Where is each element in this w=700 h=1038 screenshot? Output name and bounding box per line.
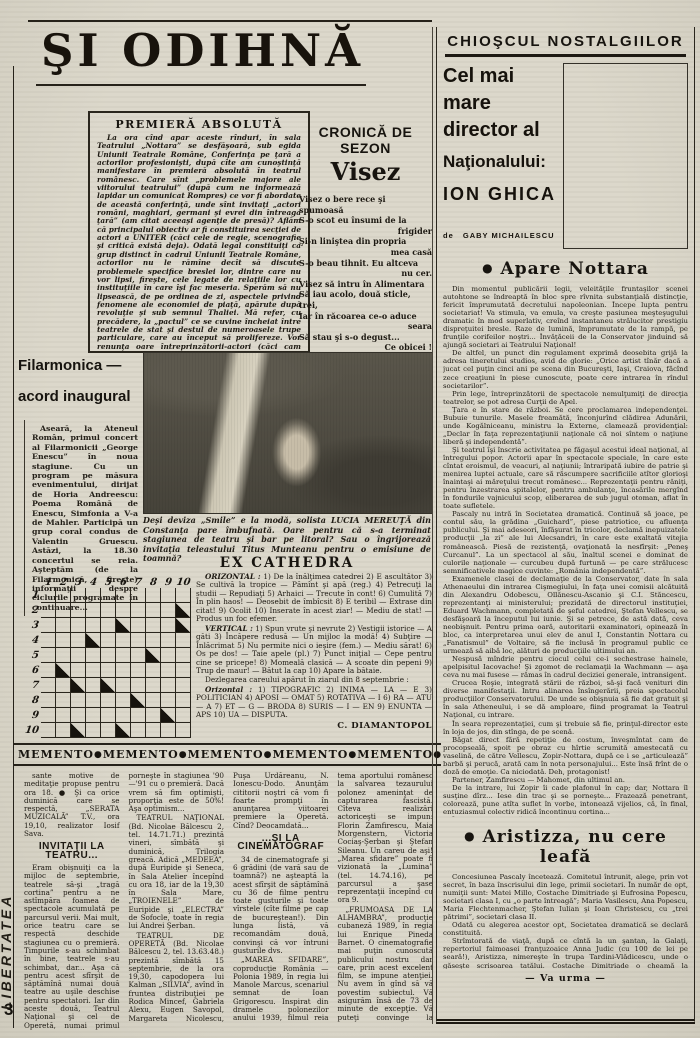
chioscul-nostalgiilor-section: CHIOŞCUL NOSTALGIILOR Cel mai mare direc… <box>436 27 695 1024</box>
crossword-cell <box>101 708 116 723</box>
article-paragraph: Partener, Zamfirescu — Mahomet, din ulti… <box>443 776 688 784</box>
poem-line: nu cer. <box>299 268 432 279</box>
crossword-cell <box>101 678 116 693</box>
crossword-cell <box>41 588 56 603</box>
crossword-clues: ORIZONTAL : 1) De la înălţimea catedrei … <box>196 573 432 730</box>
poem-line: Iar în răcoarea ce-o aduce <box>299 311 432 322</box>
crossword-cell <box>116 588 131 603</box>
to-be-continued: — Va urma — <box>443 973 688 984</box>
crossword-cell <box>131 618 146 633</box>
article-paragraph: Şi teatrul îşi înscrie activitatea pe fă… <box>443 446 688 510</box>
crossword-col-number: 6 <box>115 577 132 588</box>
crossword-cell <box>116 663 131 678</box>
crossword-cell <box>56 588 71 603</box>
memento-paragraph: TEATRUL NAŢIONAL (Bd. Nicolae Bălcescu 2… <box>129 814 225 930</box>
headline: Cel mai mare director al Naţionalului: I… <box>443 63 557 249</box>
crossword-cell <box>176 663 191 678</box>
crossword-row-number: 8 <box>23 695 42 706</box>
crossword-cells <box>41 633 191 648</box>
crossword-cell <box>131 633 146 648</box>
bullet-icon: ● <box>482 261 493 275</box>
article-paragraph: De la intrare, lui Zopir îi cade plafonu… <box>443 784 688 816</box>
crossword-row-number: 2 <box>23 605 42 616</box>
poem-line: mea casă <box>299 247 432 258</box>
byline-de: de <box>443 231 454 240</box>
crossword-cell <box>71 693 86 708</box>
memento-paragraph: sante motive de meditaţie propuse pentru… <box>24 772 120 838</box>
filarmonica-title-line2: acord inaugural <box>18 381 140 412</box>
crossword-col-number: 5 <box>100 577 117 588</box>
crossword-cell <box>56 648 71 663</box>
crossword-cell <box>161 678 176 693</box>
crossword-col-number: 7 <box>130 577 147 588</box>
article-paragraph: De altfel, un punct din regulament expri… <box>443 349 688 389</box>
clue-paragraph: VERTICAL : 1) Spun vrute şi nevrute 2) V… <box>196 625 432 676</box>
crossword-row: 6 <box>24 663 191 678</box>
crossword-cell <box>176 693 191 708</box>
crossword-cell <box>101 663 116 678</box>
crossword-cell <box>56 723 71 738</box>
crossword-row: 1 <box>24 588 191 603</box>
crossword-cell <box>161 723 176 738</box>
crossword-cell <box>56 708 71 723</box>
crossword-cell <box>146 603 161 618</box>
crossword-row: 3 <box>24 618 191 633</box>
crossword-cell <box>176 708 191 723</box>
crossword-cell <box>161 708 176 723</box>
crossword-cells <box>41 693 191 708</box>
subhead1-text: Apare Nottara <box>501 259 649 279</box>
memento-band-dot: ● <box>264 750 273 760</box>
crossword-cell <box>56 603 71 618</box>
clue-paragraph: Dezlegarea careului apărut în ziarul din… <box>196 676 432 684</box>
poem-line: seara <box>299 321 432 332</box>
crossword-cell <box>71 603 86 618</box>
crossword-cell <box>86 633 101 648</box>
crossword-cell <box>86 618 101 633</box>
crossword-cell <box>41 603 56 618</box>
crossword-cell <box>41 648 56 663</box>
crossword-cell <box>131 603 146 618</box>
poem-line: S-o beau tihnit. Eu altceva <box>299 258 432 269</box>
crossword-cell <box>146 648 161 663</box>
crossword-cell <box>161 663 176 678</box>
clue-paragraph: ORIZONTAL : 1) De la înălţimea catedrei … <box>196 573 432 624</box>
clue-paragraph: Orizontal : 1) TIPOGRAFIC 2) INIMA — LA … <box>196 686 432 720</box>
premiera-title: PREMIERĂ ABSOLUTĂ <box>97 118 301 131</box>
crossword-cell <box>56 663 71 678</box>
crossword-cell <box>56 633 71 648</box>
crossword-cell <box>146 633 161 648</box>
crossword-cell <box>146 588 161 603</box>
crossword-cell <box>176 633 191 648</box>
crossword-cell <box>116 603 131 618</box>
crossword-cell <box>146 618 161 633</box>
clue-lead: Orizontal : <box>205 685 252 694</box>
crossword-cell <box>161 618 176 633</box>
poem-line: S-o scot eu însumi de la <box>299 215 432 226</box>
poem-line: Şi-n liniştea din propria <box>299 236 432 247</box>
crossword-col-number: 2 <box>55 577 72 588</box>
crossword-cell <box>131 693 146 708</box>
masthead-top-rule <box>28 20 432 22</box>
crossword-cell <box>146 678 161 693</box>
crossword-cell <box>146 693 161 708</box>
crossword-cells <box>41 708 191 723</box>
crossword-cell <box>131 588 146 603</box>
crossword-cell <box>41 693 56 708</box>
memento-band-word: MEMENTO <box>18 748 94 761</box>
crossword-cell <box>146 663 161 678</box>
crossword-row-number: 5 <box>23 650 42 661</box>
crossword-cell <box>101 618 116 633</box>
crossword-row: 9 <box>24 708 191 723</box>
crossword-col-number: 9 <box>160 577 177 588</box>
crossword-cell <box>41 678 56 693</box>
crossword-cell <box>86 723 101 738</box>
crossword-cell <box>131 723 146 738</box>
crossword-row-number: 1 <box>23 590 42 601</box>
crossword-cell <box>161 693 176 708</box>
crossword-cell <box>176 648 191 663</box>
left-page-rule <box>13 66 14 1028</box>
crossword-cell <box>71 663 86 678</box>
crossword-cell <box>176 603 191 618</box>
memento-heading: ...ŞI LA CINEMATOGRAF <box>233 835 329 852</box>
crossword-cell <box>146 708 161 723</box>
crossword-cells <box>41 588 191 603</box>
memento-band-word: MEMENTO <box>103 748 179 761</box>
crossword-cell <box>161 603 176 618</box>
memento-band-dot: ● <box>348 750 357 760</box>
article-paragraph: În drum spre cabină, se aude strigăt: <box>443 816 688 817</box>
crossword-cell <box>101 723 116 738</box>
crossword-cell <box>101 633 116 648</box>
memento-band-word: MEMENTO <box>188 748 264 761</box>
crossword-cell <box>101 648 116 663</box>
crossword-cell <box>116 708 131 723</box>
crossword-cells <box>41 618 191 633</box>
column-divider-rule <box>432 27 433 1024</box>
chioscul-kicker: CHIOŞCUL NOSTALGIILOR <box>443 33 688 50</box>
crossword-cells <box>41 663 191 678</box>
crossword-col-number: 4 <box>85 577 102 588</box>
crossword-cell <box>56 678 71 693</box>
article-paragraph: Examenele clasei de declamaţie de la Con… <box>443 575 688 655</box>
crossword-row-number: 10 <box>23 725 42 736</box>
crossword-cell <box>116 693 131 708</box>
chioscul-header: Cel mai mare director al Naţionalului: I… <box>443 63 688 249</box>
crossword-author: C. DIAMANTOPOL <box>196 722 432 730</box>
crossword-cell <box>131 708 146 723</box>
crossword-cell <box>116 633 131 648</box>
poem-line: frigider <box>299 226 432 237</box>
crossword-cell <box>176 678 191 693</box>
byline-author: GABY MICHAILESCU <box>463 231 555 240</box>
clue-lead: ORIZONTAL : <box>205 572 261 581</box>
crossword-row-number: 6 <box>23 665 42 676</box>
headline-line3: Naţionalului: <box>443 150 557 174</box>
photo-ion-ghica-portrait <box>563 63 688 249</box>
memento-paragraph: 34 de cinematografe şi 6 grădini (de var… <box>233 856 329 956</box>
memento-band: MEMENTO●MEMENTO●MEMENTO●MEMENTO●MEMENTO● <box>14 743 441 766</box>
crossword-cell <box>86 648 101 663</box>
crossword-grid: 12345678910 <box>24 588 191 738</box>
poem-line: Visez să intru în Alimentara <box>299 279 432 290</box>
crossword-cells <box>41 603 191 618</box>
filarmonica-title-line1: Filarmonica — <box>18 350 140 381</box>
memento-band-word: MEMENTO <box>272 748 348 761</box>
article-paragraph: În seara reprezentaţiei, cum şi trebuie … <box>443 720 688 736</box>
article-paragraph: Prin lege, întreprinzătorii de spectacol… <box>443 390 688 406</box>
premiera-article-box: PREMIERĂ ABSOLUTĂ La ora cînd apar acest… <box>88 111 310 353</box>
crossword-cell <box>101 588 116 603</box>
subhead-apare-nottara: ● Apare Nottara <box>443 259 688 279</box>
article-paragraph: Pascaly nu intră în Societatea dramatică… <box>443 510 688 574</box>
article-paragraph: Nespusă mîndrie pentru ciocul celui ce-i… <box>443 655 688 679</box>
crossword-cell <box>56 618 71 633</box>
crossword-cell <box>41 723 56 738</box>
article-apare-nottara: Din momentul publicării legii, veleităţi… <box>443 285 688 817</box>
crossword-cell <box>86 588 101 603</box>
crossword-row-number: 9 <box>23 710 42 721</box>
ex-cathedra-title: EX CATHEDRA <box>143 555 431 571</box>
crossword-row: 10 <box>24 723 191 738</box>
crossword-col-number: 1 <box>40 577 57 588</box>
crossword-row-number: 7 <box>23 680 42 691</box>
crossword-cell <box>161 648 176 663</box>
crossword-cell <box>116 618 131 633</box>
crossword-cell <box>161 588 176 603</box>
masthead-underline <box>36 84 366 86</box>
crossword-row: 2 <box>24 603 191 618</box>
subhead2-text: Aristizza, nu cere leafă <box>483 827 667 867</box>
crossword-cell <box>116 678 131 693</box>
poem-line: Să iau acolo, două sticle, trei, <box>299 289 432 310</box>
crossword-row: 5 <box>24 648 191 663</box>
chioscul-kicker-underline <box>445 54 686 57</box>
crossword-cell <box>116 723 131 738</box>
crossword-cell <box>56 693 71 708</box>
crossword-row-number: 3 <box>23 620 42 631</box>
article-paragraph: Concesiunea Pascaly încetează. Comitetul… <box>443 873 688 921</box>
article-paragraph: Crucea Roşie, integrată stării de război… <box>443 679 688 719</box>
poem-line: Visez o bere rece şi spumoasă <box>299 194 432 215</box>
article-paragraph: Odată cu alegerea acestor opt, Societate… <box>443 921 688 937</box>
article-aristizza: Concesiunea Pascaly încetează. Comitetul… <box>443 873 688 969</box>
crossword-column-numbers: 12345678910 <box>41 577 191 588</box>
crossword-cell <box>131 663 146 678</box>
crossword-cell <box>71 708 86 723</box>
headline-name: ION GHICA <box>443 184 557 205</box>
memento-band-dot: ● <box>94 750 103 760</box>
crossword-cell <box>71 633 86 648</box>
clues-list: ORIZONTAL : 1) De la înălţimea catedrei … <box>196 573 432 720</box>
headline-line1: Cel mai mare <box>443 63 557 117</box>
clue-lead: VERTICAL : <box>205 624 253 633</box>
crossword-cells <box>41 678 191 693</box>
crossword-cell <box>41 618 56 633</box>
crossword-cell <box>176 618 191 633</box>
crossword-cell <box>71 618 86 633</box>
crossword-cell <box>71 588 86 603</box>
crossword-cells <box>41 723 191 738</box>
memento-columns: sante motive de meditaţie propuse pentru… <box>24 772 433 1030</box>
crossword-cell <box>176 723 191 738</box>
article-paragraph: Strîmtorată de viaţă, după ce cîntă la u… <box>443 937 688 969</box>
crossword-row-number: 4 <box>23 635 42 646</box>
crossword-row: 7 <box>24 678 191 693</box>
crossword-cell <box>71 678 86 693</box>
page-title: ŞI ODIHNĂ <box>30 24 375 77</box>
filarmonica-title: Filarmonica — acord inaugural <box>18 350 140 412</box>
crossword-cell <box>176 588 191 603</box>
crossword-cell <box>101 693 116 708</box>
memento-band-word: MEMENTO <box>357 748 433 761</box>
photo-lucia-mereuta <box>143 352 433 514</box>
crossword-cell <box>86 708 101 723</box>
crossword-cell <box>86 663 101 678</box>
article-paragraph: Ţara e în stare de război. Se cere procl… <box>443 406 688 446</box>
memento-band-dot: ● <box>179 750 188 760</box>
memento-heading: INVITAŢII LA TEATRU... <box>24 843 120 860</box>
crossword-cell <box>41 633 56 648</box>
crossword-cell <box>86 693 101 708</box>
crossword-col-number: 8 <box>145 577 162 588</box>
crossword-cell <box>41 663 56 678</box>
crossword-cell <box>146 723 161 738</box>
crossword-cell <box>71 723 86 738</box>
bullet-icon: ● <box>464 829 475 843</box>
crossword-cell <box>101 603 116 618</box>
crossword-cell <box>86 678 101 693</box>
crossword-row: 8 <box>24 693 191 708</box>
premiera-body: La ora cînd apar aceste rînduri, în sala… <box>97 134 301 353</box>
crossword-puzzle: 12345678910 12345678910 <box>24 577 191 738</box>
article-paragraph: Băgat direct fără repetiţie de costum, î… <box>443 736 688 776</box>
crossword-cell <box>41 708 56 723</box>
crossword-row: 4 <box>24 633 191 648</box>
poem-line: Să stau şi s-o degust... <box>299 332 432 343</box>
crossword-cells <box>41 648 191 663</box>
newspaper-page: { "page": { "edge_label": "LIBERTATEA", … <box>0 0 700 1038</box>
crossword-cell <box>116 648 131 663</box>
poem-title: Visez <box>299 157 432 186</box>
crossword-cell <box>131 678 146 693</box>
subhead-aristizza: ● Aristizza, nu cere leafă <box>443 827 688 867</box>
crossword-cell <box>131 648 146 663</box>
article-paragraph: Din momentul publicării legii, veleităţi… <box>443 285 688 349</box>
crossword-cell <box>86 603 101 618</box>
crossword-col-number: 3 <box>70 577 87 588</box>
cronica-kicker: CRONICĂ DE SEZON <box>299 124 432 156</box>
headline-line2: director al <box>443 117 557 144</box>
byline: de GABY MICHAILESCU <box>443 231 557 240</box>
crossword-cell <box>71 648 86 663</box>
crossword-col-number: 10 <box>175 577 192 588</box>
crossword-cell <box>161 633 176 648</box>
